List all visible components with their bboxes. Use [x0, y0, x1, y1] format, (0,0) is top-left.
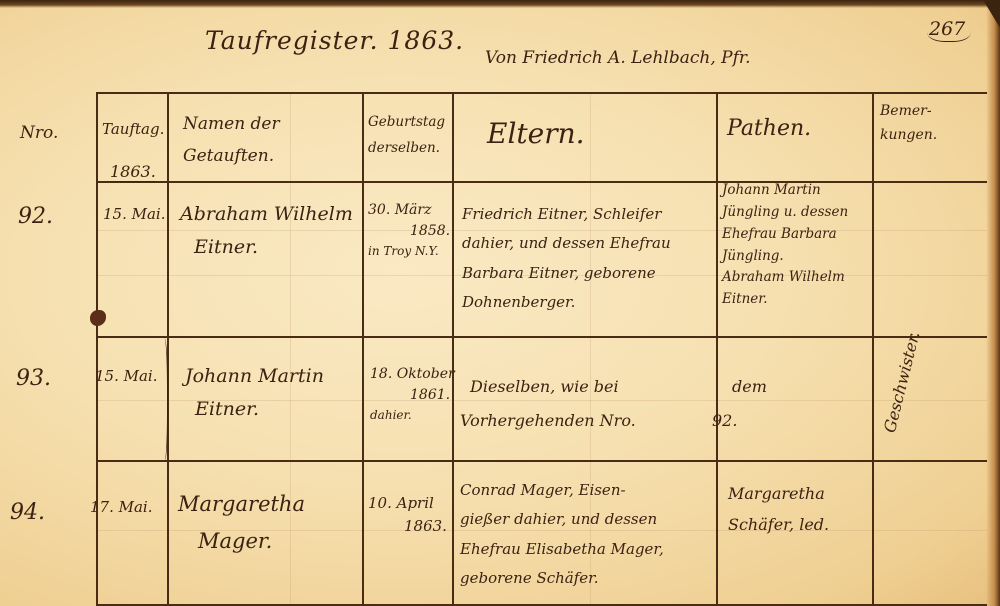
header-bemerkungen-line2: kungen.	[880, 124, 937, 148]
parents-line: Dohnenberger.	[462, 288, 671, 317]
col-rule-2	[167, 92, 169, 606]
header-geburtstag-line2: derselben.	[368, 136, 445, 162]
header-tauftag-label: Tauftag.	[102, 118, 164, 141]
header-geburtstag: Geburtstag derselben.	[368, 110, 445, 161]
godparents-line: Margaretha	[728, 478, 829, 509]
entry-godparents: Johann Martin Jüngling u. dessen Ehefrau…	[722, 180, 848, 311]
header-year: 1863.	[110, 160, 156, 185]
entry-number: 92.	[18, 200, 53, 234]
parents-line: Conrad Mager, Eisen-	[460, 476, 664, 505]
birthdate-line3: in Troy N.Y.	[368, 242, 450, 260]
birthdate-line2: 1858.	[368, 221, 450, 242]
entry-parents: Dieselben, wie bei Vorhergehenden Nro.	[470, 370, 636, 437]
godparents-line: Johann Martin	[722, 180, 848, 202]
ink-blot	[90, 310, 106, 326]
row-92-bottom-rule	[97, 336, 987, 338]
child-name-line1: Margaretha	[178, 486, 305, 523]
birthdate-line2: 1861.	[370, 385, 455, 406]
parents-line: Dieselben, wie bei	[470, 370, 636, 404]
entry-number: 94.	[10, 496, 45, 530]
bracket-mark	[159, 338, 168, 462]
godparents-line: Abraham Wilhelm	[722, 267, 848, 289]
col-rule-3	[362, 92, 364, 606]
page-edge	[986, 0, 1000, 606]
col-rule-4	[452, 92, 454, 606]
entry-child-name: Margaretha Mager.	[178, 486, 305, 560]
parents-line: gießer dahier, und dessen	[460, 505, 664, 534]
birthdate-line3: dahier.	[370, 406, 455, 424]
parents-line: Vorhergehenden Nro.	[460, 404, 636, 438]
parents-line: geborene Schäfer.	[460, 564, 664, 593]
header-eltern: Eltern.	[487, 112, 585, 155]
entry-tauftag: 15. Mai.	[103, 203, 166, 226]
header-tauftag: Tauftag.	[102, 118, 164, 141]
entry-parents: Friedrich Eitner, Schleifer dahier, und …	[462, 200, 671, 317]
child-name-line2: Eitner.	[180, 231, 353, 264]
table-top-rule	[97, 92, 987, 94]
entry-child-name: Abraham Wilhelm Eitner.	[180, 198, 353, 265]
entry-birthdate: 10. April 1863.	[368, 492, 447, 537]
header-pathen: Pathen.	[727, 112, 811, 146]
header-bottom-rule	[97, 181, 987, 183]
book-spine-shadow	[0, 0, 1000, 8]
birthdate-line2: 1863.	[368, 515, 447, 538]
register-page: Taufregister. 1863. Von Friedrich A. Leh…	[0, 0, 1000, 606]
header-geburtstag-line1: Geburtstag	[368, 110, 445, 136]
godparents-line: dem	[732, 370, 767, 404]
row-93-bottom-rule	[97, 460, 987, 462]
entry-tauftag: 15. Mai.	[95, 365, 158, 388]
register-title: Taufregister. 1863.	[205, 26, 464, 55]
birthdate-line1: 10. April	[368, 492, 447, 515]
birthdate-line1: 30. März	[368, 200, 450, 221]
entry-birthdate: 30. März 1858. in Troy N.Y.	[368, 200, 450, 260]
godparents-line: Jüngling.	[722, 246, 848, 268]
entry-tauftag: 17. Mai.	[90, 496, 153, 519]
entry-birthdate: 18. Oktober 1861. dahier.	[370, 364, 455, 424]
pastor-line: Von Friedrich A. Lehlbach, Pfr.	[485, 48, 751, 68]
child-name-line2: Mager.	[178, 523, 305, 560]
page-number: 267	[927, 18, 971, 42]
header-bemerkungen: Bemer- kungen.	[880, 100, 937, 148]
godparents-line: Schäfer, led.	[728, 509, 829, 540]
header-bemerkungen-line1: Bemer-	[880, 100, 937, 124]
header-year-label: 1863.	[110, 162, 156, 182]
entry-child-name: Johann Martin Eitner.	[185, 360, 324, 427]
godparents-line: Ehefrau Barbara	[722, 224, 848, 246]
entry-godparents: Margaretha Schäfer, led.	[728, 478, 829, 540]
col-rule-1	[96, 92, 98, 606]
entry-parents: Conrad Mager, Eisen- gießer dahier, und …	[460, 476, 664, 593]
entry-number: 93.	[16, 362, 51, 396]
child-name-line2: Eitner.	[185, 393, 324, 426]
godparents-line: Eitner.	[722, 289, 848, 311]
header-namen-line2: Getauften.	[183, 140, 280, 172]
child-name-line1: Abraham Wilhelm	[180, 198, 353, 231]
col-rule-5	[716, 92, 718, 606]
child-name-line1: Johann Martin	[185, 360, 324, 393]
birthdate-line1: 18. Oktober	[370, 364, 455, 385]
parents-line: Barbara Eitner, geborene	[462, 259, 671, 288]
header-namen: Namen der Getauften.	[183, 108, 280, 173]
header-nro: Nro.	[20, 120, 58, 146]
parents-line: dahier, und dessen Ehefrau	[462, 229, 671, 258]
entry-godparents: dem 92.	[732, 370, 767, 437]
godparents-line: Jüngling u. dessen	[722, 202, 848, 224]
parents-line: Ehefrau Elisabetha Mager,	[460, 535, 664, 564]
godparents-line: 92.	[712, 404, 767, 438]
header-namen-line1: Namen der	[183, 108, 280, 140]
remark-siblings: Geschwister.	[880, 329, 924, 434]
parents-line: Friedrich Eitner, Schleifer	[462, 200, 671, 229]
col-rule-6	[872, 92, 874, 606]
